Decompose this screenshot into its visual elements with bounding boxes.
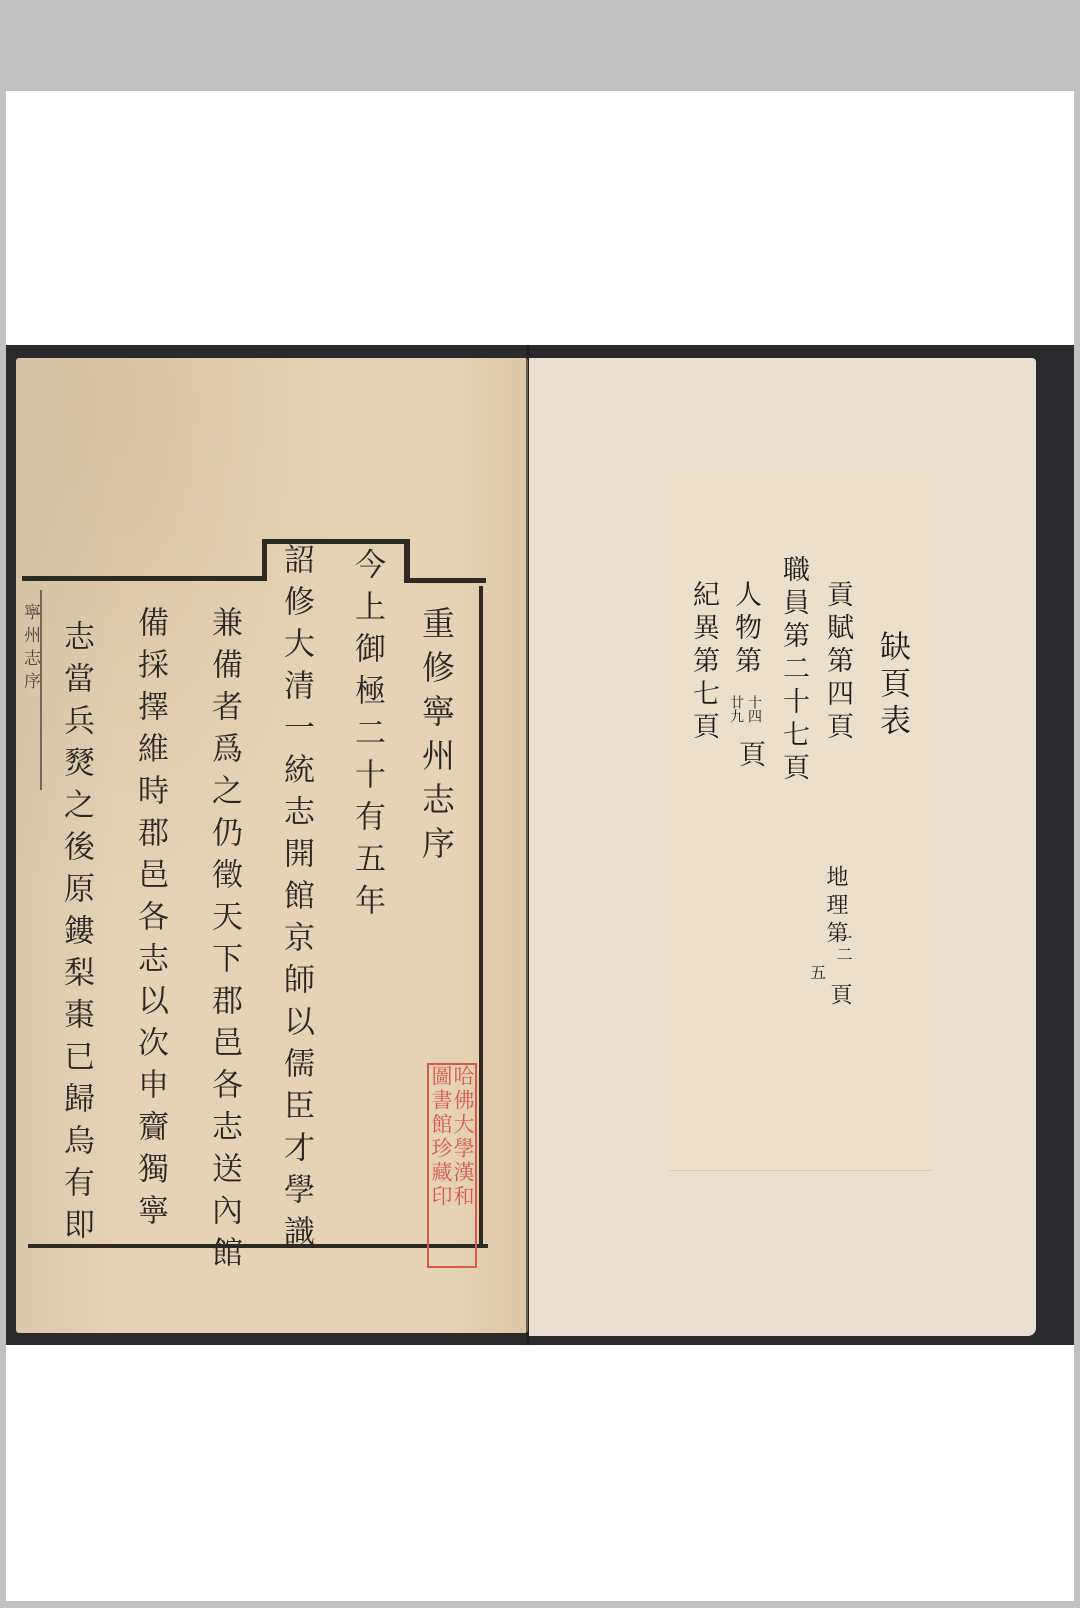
persons-label: 人物第: [730, 580, 761, 679]
image-viewer: 寧州志序 重修寧州志序 今上御極二十有五年 詔修大清一統志開館京師以儒臣才學識 …: [6, 91, 1074, 1601]
text-column-3: 兼備者爲之仍徵天下郡邑各志送內館: [208, 606, 239, 1278]
library-ownership-seal: 哈佛大學漢和 圖書館珍藏印: [427, 1063, 477, 1268]
frame-raised-left: [262, 540, 267, 581]
geography-suffix: 頁: [828, 983, 850, 1011]
seal-line-2: 圖書館珍藏印: [430, 1065, 452, 1266]
frame-raised-right: [404, 539, 410, 583]
frame-right-border: [479, 586, 483, 1246]
right-page: 缺頁表 貢賦第四頁 職員第二十七頁 人物第 十四 廿九 頁 紀異第七頁 地理第 …: [529, 358, 1036, 1336]
slip-entry-officials: 職員第二十七頁: [780, 555, 807, 786]
geography-numbers: 一二: [832, 930, 855, 962]
text-column-2: 詔修大清一統志開館京師以儒臣才學識: [280, 543, 311, 1257]
slip-entry-tribute: 貢賦第四頁: [824, 580, 851, 745]
scanned-book-spread: 寧州志序 重修寧州志序 今上御極二十有五年 詔修大清一統志開館京師以儒臣才學識 …: [6, 345, 1074, 1345]
missing-pages-slip: 缺頁表 貢賦第四頁 職員第二十七頁 人物第 十四 廿九 頁 紀異第七頁 地理第 …: [670, 470, 932, 1170]
frame-top-left: [22, 576, 262, 581]
seal-line-1: 哈佛大學漢和: [452, 1065, 474, 1266]
frame-top-right: [404, 578, 486, 583]
text-column-5: 志當兵燹之後原鏤梨棗已歸烏有即: [60, 620, 91, 1250]
slip-title: 缺頁表: [876, 630, 907, 741]
text-column-1: 今上御極二十有五年: [351, 548, 382, 926]
geography-side-note: 五: [810, 960, 826, 983]
text-column-4: 備採擇維時郡邑各志以次申齎獨寧: [134, 606, 165, 1236]
slip-entry-persons: 人物第: [732, 580, 759, 679]
slip-entry-anomalies: 紀異第七頁: [690, 580, 717, 745]
preface-heading: 重修寧州志序: [420, 606, 453, 870]
persons-page-14: 十四: [744, 695, 764, 723]
persons-page-29: 廿九: [726, 695, 746, 723]
persons-suffix: 頁: [736, 740, 763, 773]
spine-margin-label: 寧州志序: [18, 603, 43, 695]
frame-bottom: [28, 1244, 488, 1248]
